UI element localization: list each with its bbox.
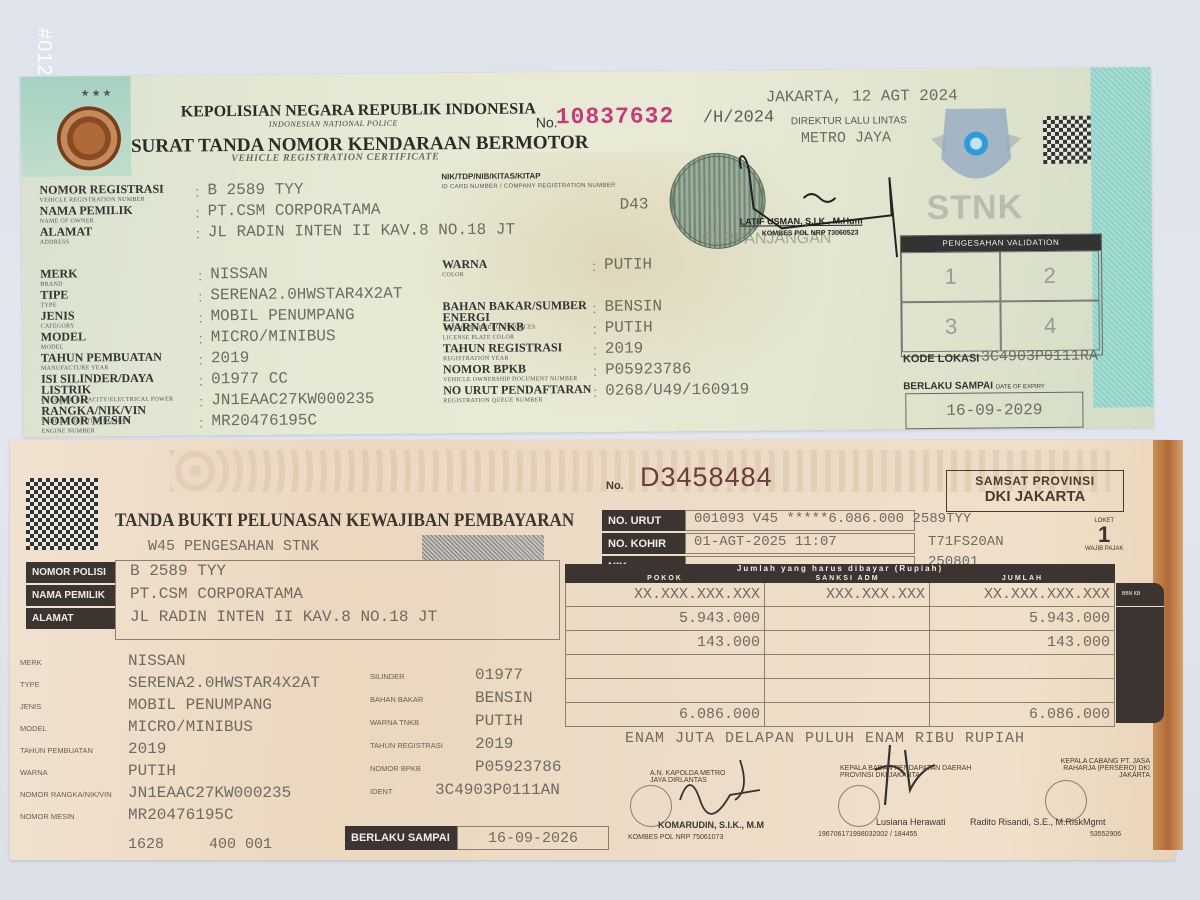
field-value: SERENA2.0HWSTAR4X2AT xyxy=(210,285,402,305)
signature-name: Radito Risandi, S.E., M.RiskMgmt xyxy=(970,817,1106,827)
receipt-subtitle: W45 PENGESAHAN STNK xyxy=(148,538,319,555)
expiry-label: BERLAKU SAMPAI DATE OF EXPIRY xyxy=(903,380,1045,392)
field-colon: : xyxy=(198,309,202,325)
table-row xyxy=(565,655,1115,679)
vehicle-row: SILINDER01977 xyxy=(370,666,630,689)
director-region: METRO JAYA xyxy=(801,129,891,147)
vehicle-label: MERK xyxy=(20,658,42,667)
signature-title: KEPALA CABANG PT. JASA RAHARJA (PERSERO)… xyxy=(1040,758,1150,779)
samsat-line1: SAMSAT PROVINSI xyxy=(947,474,1123,488)
field-value: 01977 CC xyxy=(211,370,288,389)
cell-jumlah: 5.943.000 xyxy=(930,607,1115,630)
vehicle-value: PUTIH xyxy=(475,712,523,730)
receipt-number: D3458484 xyxy=(640,462,773,493)
vehicle-value: 01977 xyxy=(475,666,523,684)
qr-code-icon xyxy=(1043,116,1091,164)
field-colon: : xyxy=(196,204,200,220)
qr-code-icon xyxy=(26,478,98,550)
field-colon: : xyxy=(592,300,596,316)
agency-name-en: INDONESIAN NATIONAL POLICE xyxy=(269,119,398,129)
table-title: Jumlah yang harus dibayar (Rupiah) xyxy=(565,564,1115,574)
document-title-en: VEHICLE REGISTRATION CERTIFICATE xyxy=(231,151,439,164)
field-label-en: ADDRESS xyxy=(40,236,190,248)
barcode-icon xyxy=(422,535,544,561)
vehicle-label: NOMOR RANGKA/NIK/VIN xyxy=(20,790,112,799)
field-value: 0268/U49/160919 xyxy=(605,381,749,400)
counter-sub: WAJIB PAJAK xyxy=(1085,546,1123,552)
vehicle-fields-right: WARNACOLOR:PUTIHBAHAN BAKAR/SUMBER ENERG… xyxy=(442,256,803,406)
signatory-name: LATIF USMAN, S.I.K., M.Hum xyxy=(740,216,863,227)
owner-row: ALAMATJL RADIN INTEN II KAV.8 NO.18 JT xyxy=(26,608,437,629)
field-value: JL RADIN INTEN II KAV.8 NO.18 JT xyxy=(208,221,515,242)
counter-number: 1 xyxy=(1085,524,1123,546)
signature-icon xyxy=(670,760,780,820)
info-value: 001093 V45 *****6.086.000 2589TYY xyxy=(685,510,915,531)
cell-sanksi: XXX.XXX.XXX xyxy=(765,583,930,606)
stnk-logo-text: STNK xyxy=(926,188,1023,228)
cell-sanksi xyxy=(765,703,930,726)
table-row: 143.000143.000 xyxy=(565,631,1115,655)
field-colon: : xyxy=(198,267,202,283)
field-value: PUTIH xyxy=(605,318,653,336)
vehicle-value: MR20476195C xyxy=(128,806,234,824)
owner-value: PT.CSM CORPORATAMA xyxy=(116,585,303,606)
receipt-number-label: No. xyxy=(606,480,624,492)
kohir-code: T71FS20AN xyxy=(928,534,1004,550)
field-label-text: TIPE xyxy=(40,288,68,302)
vehicle-fields-right: SILINDER01977BAHAN BAKARBENSINWARNA TNKB… xyxy=(370,666,630,804)
signature-id: 53552906 xyxy=(1090,831,1121,838)
field-colon: : xyxy=(593,342,597,358)
vehicle-row: MERKNISSAN xyxy=(20,652,360,674)
director-title: DIREKTUR LALU LINTAS xyxy=(791,115,907,127)
vehicle-label: NOMOR MESIN xyxy=(20,812,75,821)
field-label-text: WARNA xyxy=(442,257,487,271)
expiry-label-en: DATE OF EXPIRY xyxy=(996,384,1045,390)
code-line: 1628 400 001 xyxy=(128,836,272,853)
owner-value: B 2589 TYY xyxy=(116,562,226,583)
cell-jumlah: 143.000 xyxy=(930,631,1115,654)
info-label: NO. URUT xyxy=(602,510,685,531)
vehicle-value: MOBIL PENUMPANG xyxy=(128,696,272,714)
valid-until-date: 16-09-2026 xyxy=(457,826,609,850)
field-colon: : xyxy=(593,321,597,337)
vehicle-label: JENIS xyxy=(20,702,41,711)
vehicle-row: NOMOR MESINMR20476195C xyxy=(20,806,360,828)
field-colon: : xyxy=(199,330,203,346)
owner-fields: NOMOR POLISIB 2589 TYYNAMA PEMILIKPT.CSM… xyxy=(26,562,437,631)
tax-payment-receipt: TANDA BUKTI PELUNASAN KEWAJIBAN PEMBAYAR… xyxy=(10,440,1175,860)
info-label: NO. KOHIR xyxy=(602,533,685,554)
field-label: NO URUT PENDAFTARANREGISTRATION QUEUE NU… xyxy=(443,384,593,407)
table-row: 5.943.0005.943.000 xyxy=(565,607,1115,631)
samsat-box: SAMSAT PROVINSI DKI JAKARTA xyxy=(946,470,1124,512)
validation-cell: 4 xyxy=(1000,301,1099,352)
vehicle-value: 2019 xyxy=(128,740,166,758)
vehicle-row: JENISMOBIL PENUMPANG xyxy=(20,696,360,718)
district-code: D43 xyxy=(620,195,649,213)
vehicle-label: SILINDER xyxy=(370,672,405,681)
field-value: PT.CSM CORPORATAMA xyxy=(208,201,381,221)
doc-number-label: No. xyxy=(536,114,558,130)
vehicle-value: P05923786 xyxy=(475,758,561,776)
field-value: MICRO/MINIBUS xyxy=(211,327,336,346)
field-colon: : xyxy=(593,363,597,379)
table-header: POKOK SANKSI ADM JUMLAH xyxy=(565,574,1115,583)
signature-name: Lusiana Herawati xyxy=(876,817,946,827)
vehicle-value: NISSAN xyxy=(128,652,186,670)
row-label: BBN KB xyxy=(1119,583,1164,607)
vehicle-row: NOMOR BPKBP05923786 xyxy=(370,758,630,781)
field-colon: : xyxy=(199,414,203,430)
vehicle-label: MODEL xyxy=(20,724,47,733)
field-colon: : xyxy=(593,384,597,400)
cell-sanksi xyxy=(765,607,930,630)
cell-sanksi xyxy=(765,655,930,678)
nik-label-text: NIK/TDP/NIB/KITAS/KITAP xyxy=(441,171,540,181)
vehicle-value: 3C4903P0111AN xyxy=(435,781,560,799)
cell-jumlah xyxy=(930,679,1115,702)
field-colon: : xyxy=(196,225,200,241)
stnk-certificate: ★★★ KEPOLISIAN NEGARA REPUBLIK INDONESIA… xyxy=(20,67,1153,437)
cell-jumlah xyxy=(930,655,1115,678)
location-code: 3C4903P0111RA xyxy=(981,348,1098,366)
field-value: PUTIH xyxy=(604,255,652,273)
photo-label: #012 xyxy=(32,28,55,77)
field-colon: : xyxy=(199,372,203,388)
owner-value: JL RADIN INTEN II KAV.8 NO.18 JT xyxy=(116,608,437,629)
nik-label: NIK/TDP/NIB/KITAS/KITAP ID CARD NUMBER /… xyxy=(441,170,615,194)
payment-table: Jumlah yang harus dibayar (Rupiah) POKOK… xyxy=(565,564,1115,727)
validation-cell: 1 xyxy=(901,251,1000,302)
location-code-label-text: KODE LOKASI xyxy=(903,353,980,366)
info-row-kohir: NO. KOHIR 01-AGT-2025 11:07 xyxy=(602,533,915,554)
vehicle-value: 2019 xyxy=(475,735,513,753)
validation-cell: 2 xyxy=(1000,251,1099,302)
receipt-title: TANDA BUKTI PELUNASAN KEWAJIBAN PEMBAYAR… xyxy=(115,510,574,532)
column-header: JUMLAH xyxy=(930,574,1115,583)
owner-row: NAMA PEMILIKPT.CSM CORPORATAMA xyxy=(26,585,437,606)
field-row: NOMOR MESINENGINE NUMBER:MR20476195C xyxy=(41,412,461,437)
field-value: B 2589 TYY xyxy=(207,180,303,199)
field-colon: : xyxy=(592,258,596,274)
validation-cells: 1 2 3 4 xyxy=(901,251,1102,353)
vehicle-value: PUTIH xyxy=(128,762,176,780)
field-colon: : xyxy=(195,183,199,199)
vehicle-label: WARNA TNKB xyxy=(370,718,419,727)
table-row xyxy=(565,679,1115,703)
field-colon: : xyxy=(199,393,203,409)
table-row: 6.086.0006.086.000 xyxy=(565,703,1115,727)
signature-title: KEPALA BADAN PENDAPATAN DAERAH PROVINSI … xyxy=(840,765,980,779)
stamp-icon xyxy=(1045,780,1087,822)
vehicle-row: BAHAN BAKARBENSIN xyxy=(370,689,630,712)
vehicle-row: TAHUN REGISTRASI2019 xyxy=(370,735,630,758)
vehicle-label: WARNA xyxy=(20,768,48,777)
signature-title: A.N. KAPOLDA METRO JAYA DIRLANTAS xyxy=(650,770,740,784)
expiry-date: 16-09-2029 xyxy=(905,392,1083,430)
field-label: NOMOR MESINENGINE NUMBER xyxy=(41,414,191,437)
vehicle-row: WARNA TNKBPUTIH xyxy=(370,712,630,735)
vehicle-label: NOMOR BPKB xyxy=(370,764,421,773)
field-value: MR20476195C xyxy=(211,411,317,430)
field-value: 2019 xyxy=(211,349,250,367)
vehicle-label: TAHUN REGISTRASI xyxy=(370,741,443,750)
owner-label: ALAMAT xyxy=(26,608,116,629)
cell-pokok: 143.000 xyxy=(565,631,765,654)
field-value: BENSIN xyxy=(604,297,662,316)
field-value: P05923786 xyxy=(605,360,692,379)
field-value: MOBIL PENUMPANG xyxy=(210,306,354,325)
field-label: WARNACOLOR xyxy=(442,258,592,281)
signature-id: KOMBES POL NRP 75061073 xyxy=(628,834,723,841)
vehicle-label: TYPE xyxy=(20,680,40,689)
vehicle-label: BAHAN BAKAR xyxy=(370,695,423,704)
cell-jumlah: 6.086.000 xyxy=(930,703,1115,726)
stars-icon: ★★★ xyxy=(81,88,114,99)
vehicle-label: IDENT xyxy=(370,787,393,796)
field-value: NISSAN xyxy=(210,265,268,284)
signature-name: KOMARUDIN, S.I.K., M.M xyxy=(658,820,764,830)
police-emblem-icon xyxy=(57,106,122,171)
vehicle-row: TYPESERENA2.0HWSTAR4X2AT xyxy=(20,674,360,696)
signature-id: 196706171998032002 / 184455 xyxy=(818,831,917,838)
info-value: 01-AGT-2025 11:07 xyxy=(685,533,915,554)
vehicle-value: JN1EAAC27KW000235 xyxy=(128,784,291,802)
owner-label: NAMA PEMILIK xyxy=(26,585,116,606)
counter-box: LOKET 1 WAJIB PAJAK xyxy=(1085,518,1123,552)
nik-label-en: ID CARD NUMBER / COMPANY REGISTRATION NU… xyxy=(441,181,615,194)
expiry-label-text: BERLAKU SAMPAI xyxy=(903,380,993,392)
vehicle-row: NOMOR RANGKA/NIK/VINJN1EAAC27KW000235 xyxy=(20,784,360,806)
validation-grid: PENGESAHAN VALIDATION 1 2 3 4 xyxy=(900,234,1103,358)
vehicle-row: WARNAPUTIH xyxy=(20,762,360,784)
column-header: SANKSI ADM xyxy=(765,574,930,583)
vehicle-fields-left: MERKBRAND:NISSANTIPETYPE:SERENA2.0HWSTAR… xyxy=(40,265,461,437)
doc-number-suffix: /H/2024 xyxy=(703,108,775,128)
owner-label: NOMOR POLISI xyxy=(26,562,116,583)
vehicle-value: BENSIN xyxy=(475,689,533,707)
field-label-en: ENGINE NUMBER xyxy=(42,425,192,437)
table-body: XX.XXX.XXX.XXXXXX.XXX.XXXXX.XXX.XXX.XXX5… xyxy=(565,583,1115,727)
field-colon: : xyxy=(198,288,202,304)
vehicle-value: MICRO/MINIBUS xyxy=(128,718,253,736)
validation-header: PENGESAHAN VALIDATION xyxy=(901,235,1101,253)
signatory-id: KOMBES POL NRP 73060523 xyxy=(762,230,859,238)
vehicle-row: TAHUN PEMBUATAN2019 xyxy=(20,740,360,762)
field-label-en: REGISTRATION QUEUE NUMBER xyxy=(443,395,593,407)
cell-jumlah: XX.XXX.XXX.XXX xyxy=(930,583,1115,606)
info-row-urut: NO. URUT 001093 V45 *****6.086.000 2589T… xyxy=(602,510,915,531)
vehicle-row: MODELMICRO/MINIBUS xyxy=(20,718,360,740)
field-label: ALAMATADDRESS xyxy=(40,225,190,248)
cell-pokok: 5.943.000 xyxy=(565,607,765,630)
cell-sanksi xyxy=(765,631,930,654)
valid-until-label: BERLAKU SAMPAI xyxy=(345,826,457,850)
validation-cell: 3 xyxy=(901,301,1000,352)
field-value: 2019 xyxy=(605,340,644,358)
vehicle-label: TAHUN PEMBUATAN xyxy=(20,746,93,755)
samsat-line2: DKI JAKARTA xyxy=(947,488,1123,505)
location-code-label: KODE LOKASI xyxy=(903,353,980,366)
doc-number: 10837632 xyxy=(556,103,675,130)
field-row: WARNACOLOR:PUTIH xyxy=(442,256,802,301)
vehicle-fields-left: MERKNISSANTYPESERENA2.0HWSTAR4X2ATJENISM… xyxy=(20,652,360,828)
vehicle-value: SERENA2.0HWSTAR4X2AT xyxy=(128,674,320,692)
field-value: JN1EAAC27KW000235 xyxy=(211,390,374,409)
owner-row: NOMOR POLISIB 2589 TYY xyxy=(26,562,437,583)
field-row: NO URUT PENDAFTARANREGISTRATION QUEUE NU… xyxy=(443,382,803,406)
vehicle-row: IDENT3C4903P0111AN xyxy=(370,781,630,804)
cell-sanksi xyxy=(765,679,930,702)
table-row-labels: BBN KBPKBSWDKLLJBIAYA ADM STNKBIAYA ADM … xyxy=(1116,583,1164,723)
cell-pokok: XX.XXX.XXX.XXX xyxy=(565,583,765,606)
column-header: POKOK xyxy=(565,574,765,583)
field-colon: : xyxy=(199,351,203,367)
table-row: XX.XXX.XXX.XXXXXX.XXX.XXXXX.XXX.XXX.XXX xyxy=(565,583,1115,607)
